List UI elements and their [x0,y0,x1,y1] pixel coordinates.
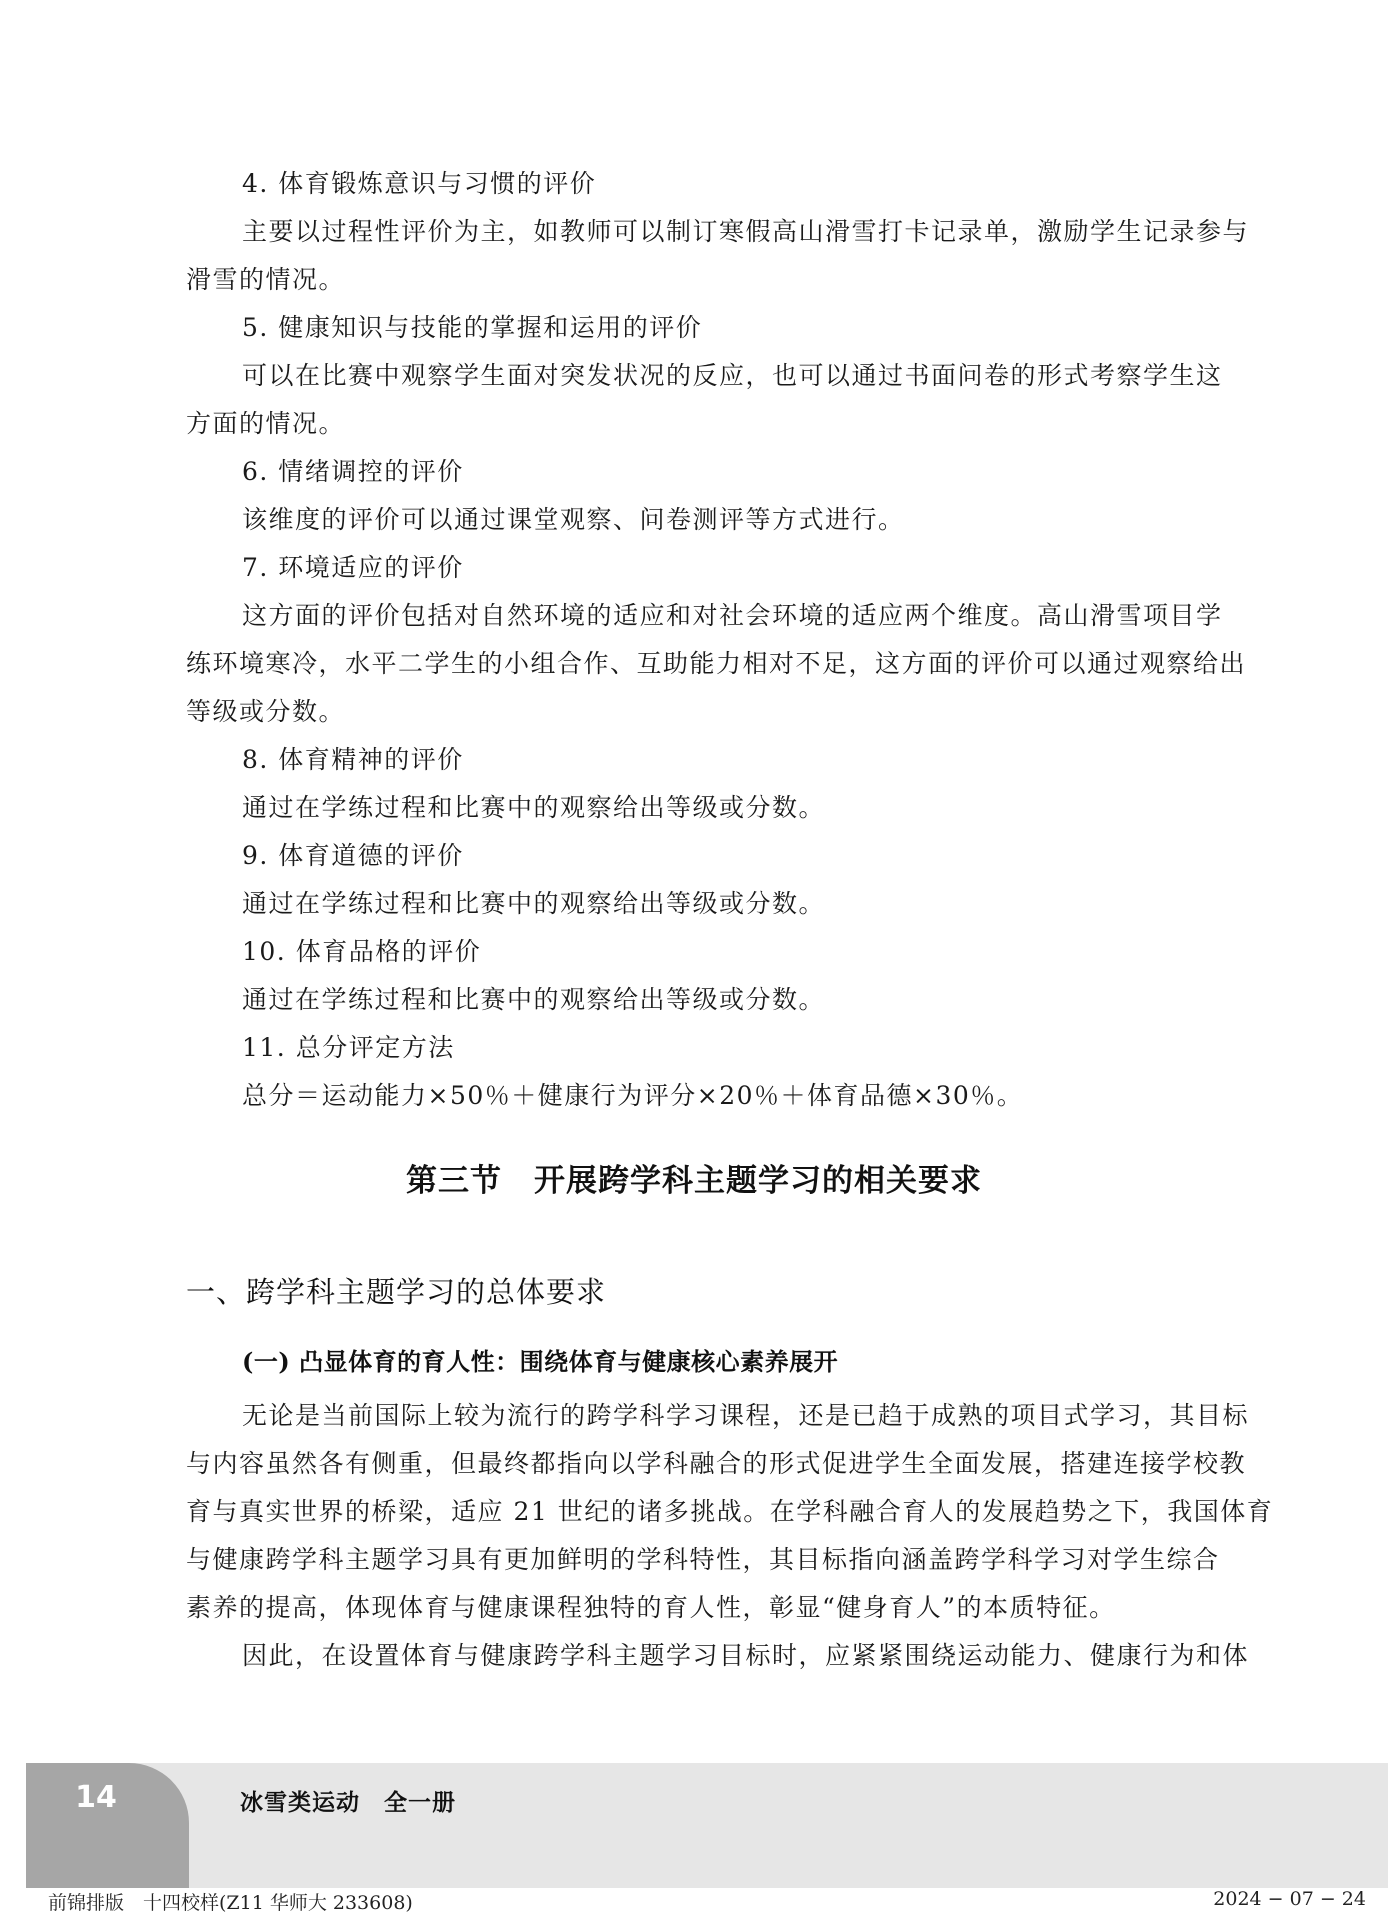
page-number: 14 [26,1780,166,1815]
item-text: 方面的情况。 [186,400,1218,448]
item-text: 通过在学练过程和比赛中的观察给出等级或分数。 [186,784,1218,832]
item-title-8: 8. 体育精神的评价 [186,736,1218,784]
print-info: 前锦排版 十四校样(Z11 华师大 233608) [48,1888,413,1915]
item-title-10: 10. 体育品格的评价 [186,928,1218,976]
item-text: 可以在比赛中观察学生面对突发状况的反应，也可以通过书面问卷的形式考察学生这 [186,352,1218,400]
item-text: 练环境寒冷，水平二学生的小组合作、互助能力相对不足，这方面的评价可以通过观察给出 [186,640,1218,688]
paragraph-line: 因此，在设置体育与健康跨学科主题学习目标时，应紧紧围绕运动能力、健康行为和体 [186,1632,1218,1680]
item-title-9: 9. 体育道德的评价 [186,832,1218,880]
item-text: 该维度的评价可以通过课堂观察、问卷测评等方式进行。 [186,496,1218,544]
item-text: 主要以过程性评价为主，如教师可以制订寒假高山滑雪打卡记录单，激励学生记录参与 [186,208,1218,256]
paragraph-line: 与内容虽然各有侧重，但最终都指向以学科融合的形式促进学生全面发展，搭建连接学校教 [186,1440,1218,1488]
item-title-4: 4. 体育锻炼意识与习惯的评价 [186,160,1218,208]
body-paragraphs: 无论是当前国际上较为流行的跨学科学习课程，还是已趋于成熟的项目式学习，其目标 与… [186,1392,1218,1680]
item-title-6: 6. 情绪调控的评价 [186,448,1218,496]
item-title-7: 7. 环境适应的评价 [186,544,1218,592]
paragraph-line: 素养的提高，体现体育与健康课程独特的育人性，彰显“健身育人”的本质特征。 [186,1584,1218,1632]
item-text: 滑雪的情况。 [186,256,1218,304]
section-title: 第三节 开展跨学科主题学习的相关要求 [0,1155,1388,1200]
item-text: 等级或分数。 [186,688,1218,736]
sub-subsection-title: (一) 凸显体育的育人性：围绕体育与健康核心素养展开 [242,1342,838,1377]
footer-band [26,1763,1388,1888]
item-text: 通过在学练过程和比赛中的观察给出等级或分数。 [186,880,1218,928]
subsection-title: 一、跨学科主题学习的总体要求 [186,1270,606,1311]
item-title-11: 11. 总分评定方法 [186,1024,1218,1072]
item-title-5: 5. 健康知识与技能的掌握和运用的评价 [186,304,1218,352]
total-score-formula: 总分＝运动能力×50％＋健康行为评分×20％＋体育品德×30％。 [186,1072,1218,1120]
item-text: 这方面的评价包括对自然环境的适应和对社会环境的适应两个维度。高山滑雪项目学 [186,592,1218,640]
print-date: 2024 − 07 − 24 [1213,1888,1366,1910]
book-title: 冰雪类运动 全一册 [240,1784,456,1817]
item-text: 通过在学练过程和比赛中的观察给出等级或分数。 [186,976,1218,1024]
paragraph-line: 育与真实世界的桥梁，适应 21 世纪的诸多挑战。在学科融合育人的发展趋势之下，我… [186,1488,1218,1536]
evaluation-section: 4. 体育锻炼意识与习惯的评价 主要以过程性评价为主，如教师可以制订寒假高山滑雪… [186,160,1218,1120]
paragraph-line: 与健康跨学科主题学习具有更加鲜明的学科特性，其目标指向涵盖跨学科学习对学生综合 [186,1536,1218,1584]
paragraph-line: 无论是当前国际上较为流行的跨学科学习课程，还是已趋于成熟的项目式学习，其目标 [186,1392,1218,1440]
